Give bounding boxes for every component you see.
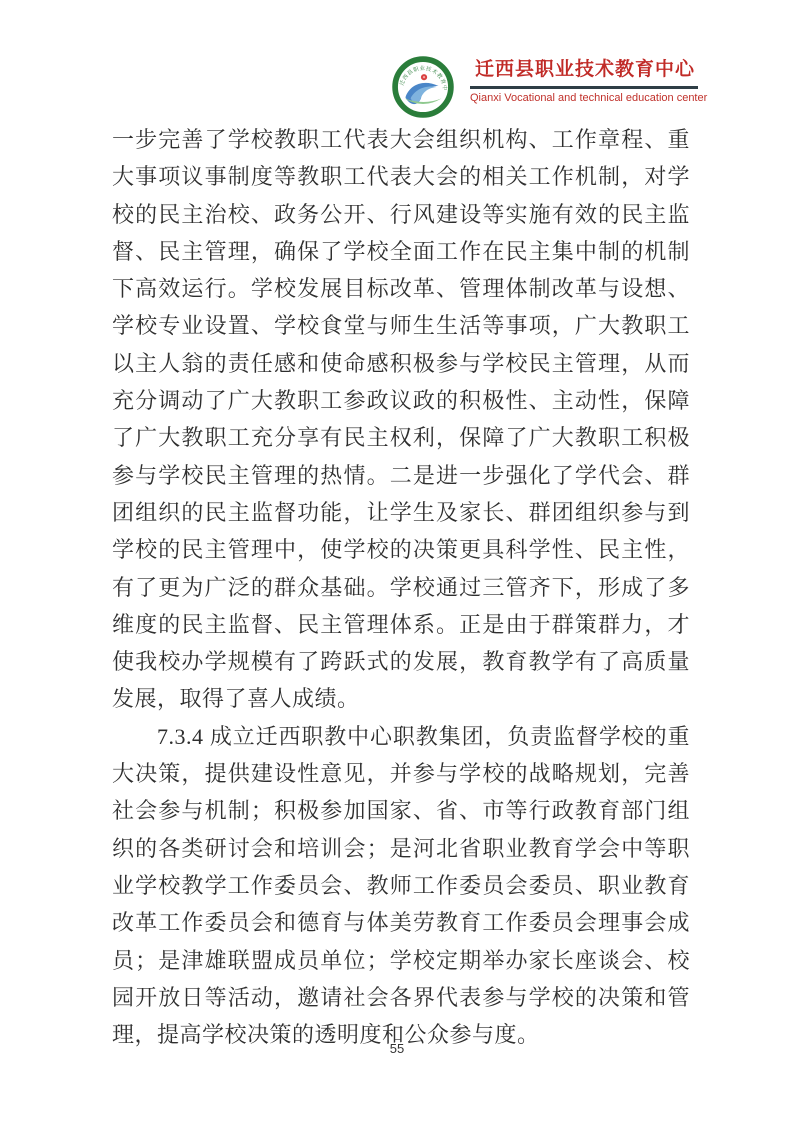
document-body: 一步完善了学校教职工代表大会组织机构、工作章程、重大事项议事制度等教职工代表大会… bbox=[112, 121, 690, 1053]
school-name-en: Qianxi Vocational and technical educatio… bbox=[470, 92, 700, 104]
paragraph-7-3-4: 7.3.4 成立迁西职教中心职教集团，负责监督学校的重大决策，提供建设性意见，并… bbox=[112, 718, 690, 1054]
letterhead-title-block: 迁西县职业技术教育中心 Qianxi Vocational and techni… bbox=[470, 54, 700, 104]
page-footer: 55 bbox=[0, 1040, 794, 1058]
page-number: 55 bbox=[390, 1041, 404, 1056]
document-page: 迁西县职业技术教育中心 迁西县职业技术教育中心 Qianxi Vocationa… bbox=[0, 0, 794, 1123]
letterhead-divider bbox=[470, 86, 698, 89]
school-emblem-icon: 迁西县职业技术教育中心 bbox=[392, 56, 454, 118]
paragraph-continuation: 一步完善了学校教职工代表大会组织机构、工作章程、重大事项议事制度等教职工代表大会… bbox=[112, 121, 690, 718]
page-header: 迁西县职业技术教育中心 迁西县职业技术教育中心 Qianxi Vocationa… bbox=[390, 50, 702, 120]
school-name-cn: 迁西县职业技术教育中心 bbox=[470, 54, 700, 81]
